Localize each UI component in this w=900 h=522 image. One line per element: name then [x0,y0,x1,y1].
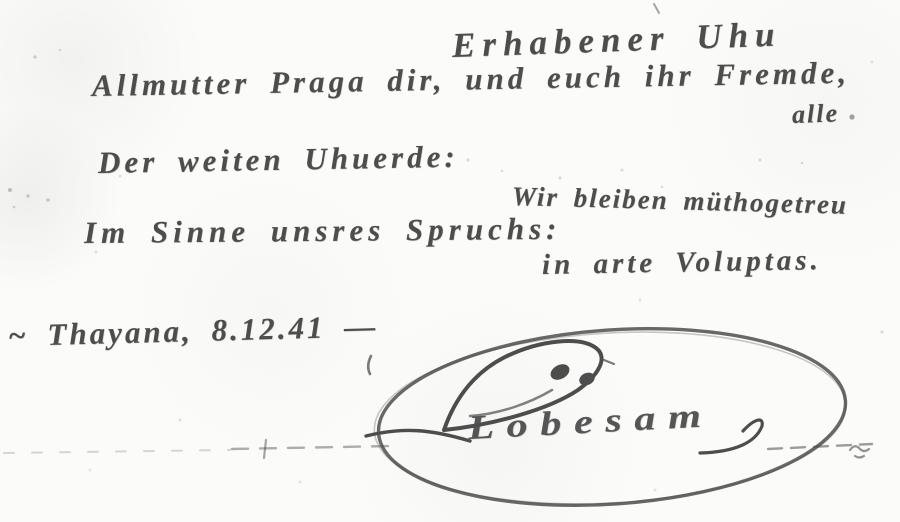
dateline: ~ Thayana, 8.12.41 — [8,308,379,354]
address-line: Allmutter Praga dir, und euch ihr Fremde… [92,55,851,104]
address-addendum: alle [791,98,839,130]
greeting-line: Der weiten Uhuerde: [98,139,459,181]
motto-intro-line: Im Sinne unsres Spruchs: [84,211,562,251]
scanned-handwritten-letter: Erhabener Uhu Allmutter Praga dir, und e… [0,0,900,522]
right-dashes [768,444,872,458]
motto-line: in arte Voluptas. [542,244,822,282]
dateline-tick [368,356,371,374]
pledge-line: Wir bleiben müthogetreu [512,181,849,221]
signature-name: Lobesam [467,397,714,448]
bottom-dashed-line [4,440,392,458]
